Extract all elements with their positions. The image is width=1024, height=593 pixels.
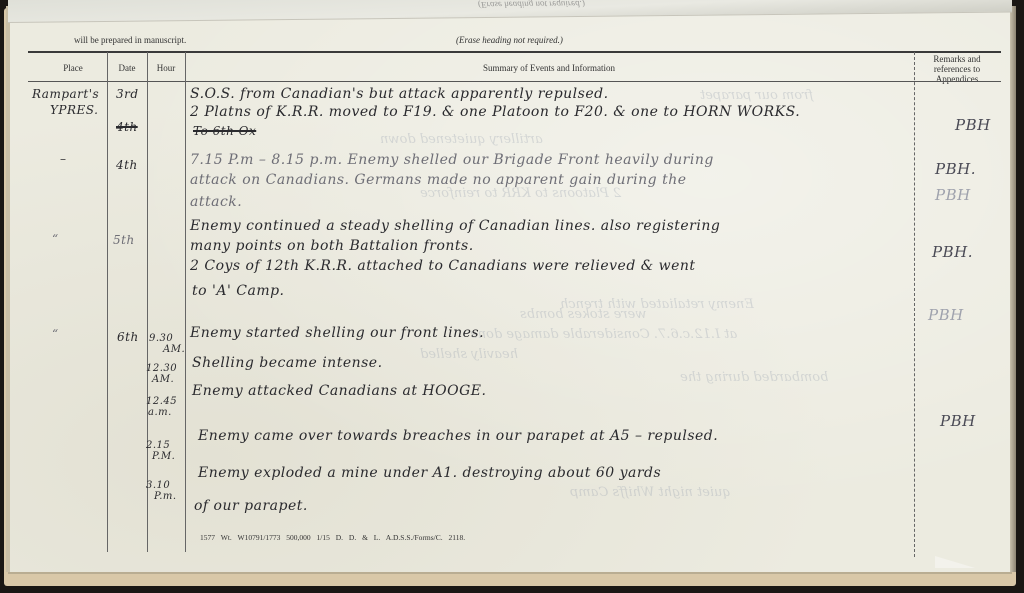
column-divider [147, 52, 148, 552]
hour-line: 3.10 [146, 480, 177, 491]
header-bottom-rule [28, 81, 1001, 82]
entry-place-ditto: – [60, 152, 67, 166]
hour-line: 12.45 [146, 396, 177, 407]
entry-date: 4th [116, 158, 138, 172]
column-header-hour: Hour [148, 63, 184, 73]
header-note-erase: (Erase heading not required.) [456, 35, 563, 45]
summary-line-struck: To 6th Ox [193, 124, 256, 138]
bleed-initials: PBH [928, 306, 964, 324]
summary-line: 2 Platns of K.R.R. moved to F19. & one P… [190, 104, 800, 120]
remarks-initials: PBH [940, 412, 976, 430]
entry-place: YPRES. [50, 103, 98, 117]
event-summary: Enemy came over towards breaches in our … [198, 428, 718, 444]
summary-line: attack. [190, 194, 242, 210]
event-hour: 3.10 P.m. [146, 480, 177, 502]
summary-line: Enemy continued a steady shelling of Can… [190, 218, 720, 234]
hour-line: P.M. [146, 451, 175, 462]
column-header-date: Date [108, 63, 146, 73]
hour-line: AM. [149, 344, 185, 355]
hour-line: 2.15 [146, 440, 175, 451]
bleed-initials: PBH [935, 186, 971, 204]
remarks-header-line: references to [916, 64, 998, 74]
column-header-remarks: Remarks and references to Appendices [916, 54, 998, 84]
event-hour: 9.30 AM. [149, 333, 185, 355]
summary-continuation: of our parapet. [194, 498, 308, 514]
remarks-header-line: Remarks and [916, 54, 998, 64]
entry-place-ditto: “ [52, 327, 59, 341]
hour-line: a.m. [146, 407, 177, 418]
bleed-through-text: heavily shelled [420, 347, 518, 362]
event-hour: 2.15 P.M. [146, 440, 175, 462]
column-divider [914, 52, 916, 557]
summary-line: 7.15 P.m – 8.15 p.m. Enemy shelled our B… [190, 152, 714, 168]
event-summary: Shelling became intense. [192, 355, 383, 371]
page-stack-edge [1010, 6, 1016, 572]
event-summary: Enemy attacked Canadians at HOOGE. [192, 383, 486, 399]
summary-line: S.O.S. from Canadian's but attack appare… [190, 86, 609, 102]
bleed-through-text: quiet night Whiffs Camp [570, 485, 731, 500]
event-hour: 12.30 AM. [146, 363, 177, 385]
entry-date: 6th [117, 330, 139, 344]
entry-place: Rampart's [32, 87, 99, 101]
summary-line: many points on both Battalion fronts. [190, 238, 474, 254]
bleed-through-text: bombarded during the [680, 370, 828, 385]
event-summary: Enemy exploded a mine under A1. destroyi… [198, 465, 661, 481]
page-spine [6, 6, 10, 572]
remarks-header-line: Appendices [916, 74, 998, 84]
hour-line: AM. [146, 374, 177, 385]
entry-date: 3rd [116, 87, 139, 101]
summary-line: to 'A' Camp. [192, 283, 285, 299]
column-divider [185, 52, 186, 552]
bleed-through-text: 2 Platoons to KRR to reinforce [420, 186, 621, 201]
remarks-initials: PBH. [932, 243, 973, 261]
header-top-rule [28, 51, 1001, 53]
entry-date: 5th [113, 233, 135, 247]
entry-place-ditto: “ [52, 232, 59, 246]
bleed-through-text: were stokes bombs [520, 307, 646, 322]
summary-line: 2 Coys of 12th K.R.R. attached to Canadi… [190, 258, 696, 274]
entry-date-struck: 4th [116, 120, 138, 134]
hour-line: 9.30 [149, 333, 185, 344]
remarks-initials: PBH [955, 116, 991, 134]
form-printer-imprint: 1577 Wt. W10791/1773 500,000 1/15 D. D. … [200, 533, 465, 542]
fold-mirror-text: (Erase heading not required.) [478, 0, 585, 10]
column-divider [107, 52, 108, 552]
hour-line: 12.30 [146, 363, 177, 374]
header-note-manuscript: will be prepared in manuscript. [74, 35, 186, 45]
bleed-through-text: at I.12.c.6.7. Considerable damage done [470, 327, 737, 342]
hour-line: P.m. [146, 491, 177, 502]
summary-line: attack on Canadians. Germans made no app… [190, 172, 687, 188]
event-hour: 12.45 a.m. [146, 396, 177, 418]
event-summary: Enemy started shelling our front lines. [190, 325, 484, 341]
bleed-through-text: artillery quietened down [380, 132, 543, 147]
column-header-place: Place [40, 63, 106, 73]
bleed-through-text: from our parapet [700, 88, 813, 103]
column-header-summary: Summary of Events and Information [186, 63, 912, 73]
remarks-initials: PBH. [935, 160, 976, 178]
